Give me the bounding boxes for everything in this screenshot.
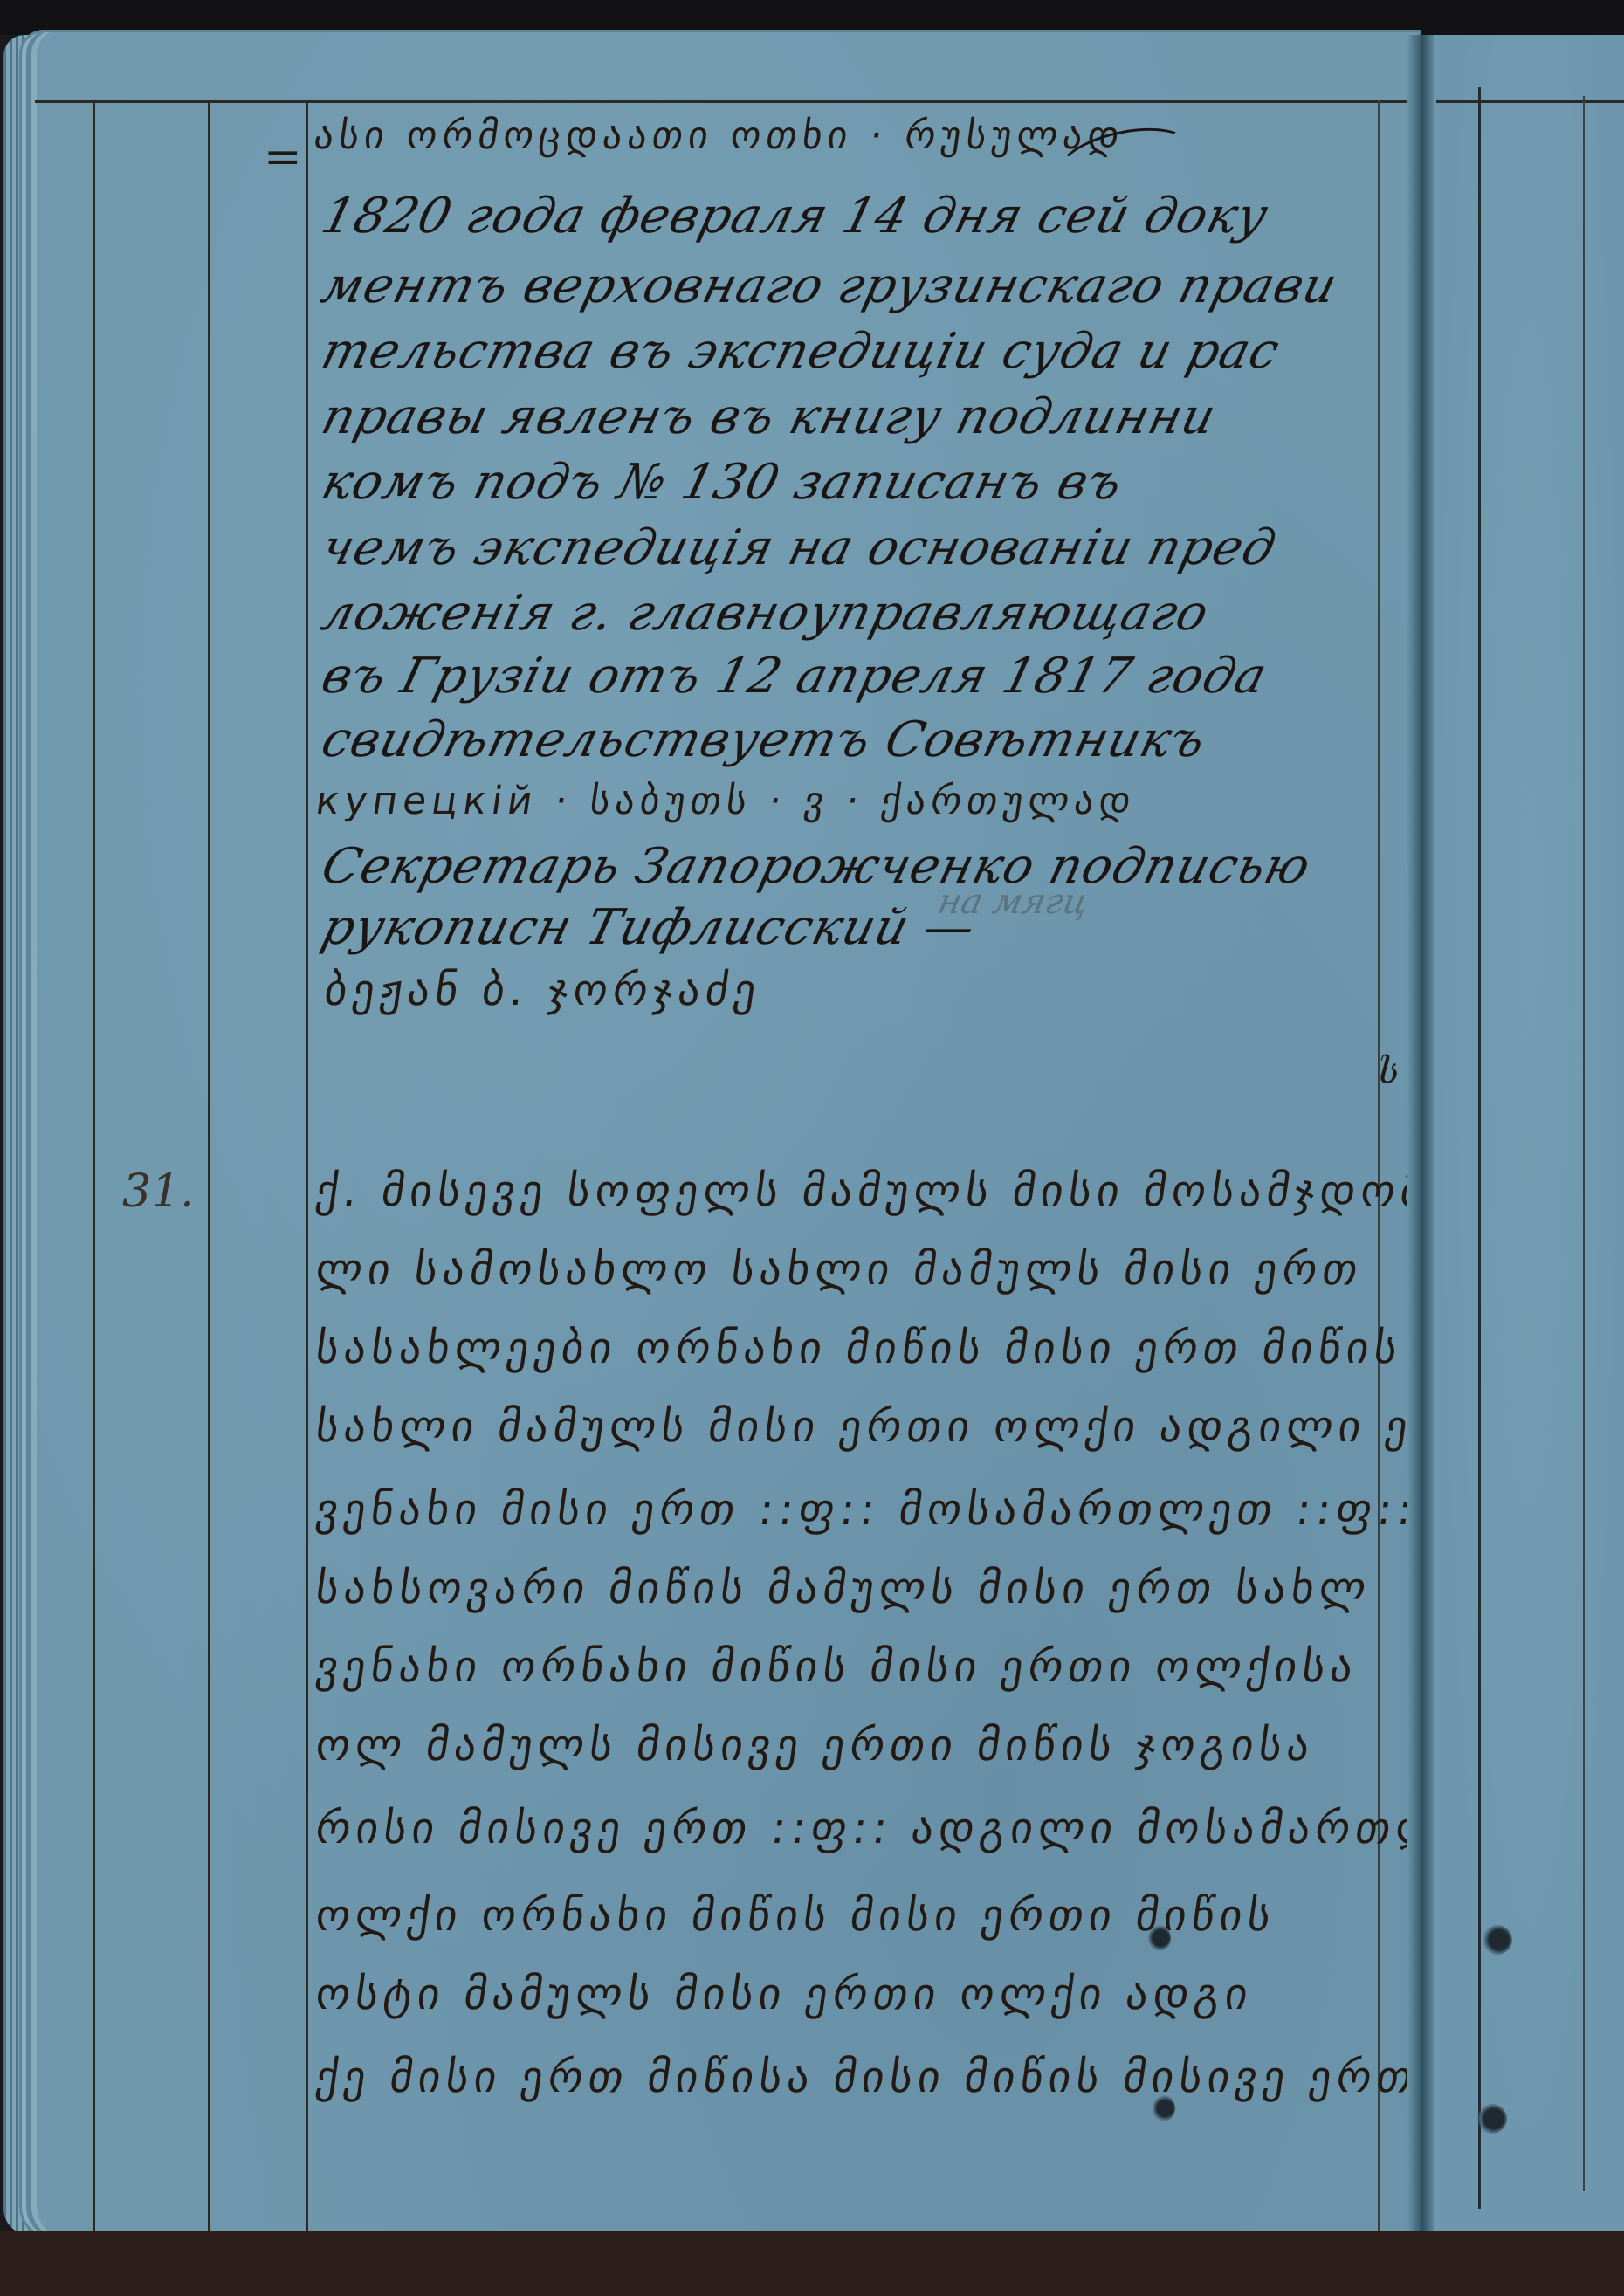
top-rule-line bbox=[35, 100, 1414, 103]
column-line-1 bbox=[93, 100, 95, 2235]
punch-hole-1 bbox=[1483, 1925, 1512, 1955]
georgian-line-12: ქე მისი ერთ მიწისა მისი მიწის მისივე ერთ bbox=[313, 2052, 1421, 2102]
russian-line-3: тельства въ экспедиціи суда и рас bbox=[316, 323, 1285, 380]
column-line-3 bbox=[306, 100, 308, 2235]
right-page bbox=[1434, 35, 1624, 2231]
russian-line-8: въ Грузіи отъ 12 апреля 1817 года bbox=[316, 648, 1273, 705]
russian-line-1: 1820 года февраля 14 дня сей доку bbox=[316, 188, 1274, 244]
right-page-top-rule bbox=[1436, 100, 1624, 103]
column-marker: = bbox=[264, 131, 302, 183]
georgian-line-8: ოლ მამულს მისივე ერთი მიწის ჯოგისა bbox=[313, 1720, 1318, 1770]
georgian-line-3: სასახლეები ორნახი მიწის მისი ერთ მიწის bbox=[313, 1323, 1406, 1373]
georgian-line-1: ქ. მისევე სოფელს მამულს მისი მოსამჯდომ bbox=[313, 1165, 1432, 1216]
georgian-line-10: ოლქი ორნახი მიწის მისი ერთი მიწის bbox=[313, 1890, 1279, 1941]
georgian-line-11: ოსტი მამულს მისი ერთი ოლქი ადგი bbox=[313, 1969, 1256, 2019]
russian-line-9: свидѣтельствуетъ Совѣтникъ bbox=[316, 711, 1212, 768]
book-gutter bbox=[1407, 35, 1434, 2235]
signature-georgian: ბეჟან ბ. ჯორჯაძე bbox=[321, 965, 765, 1015]
ink-blot bbox=[1153, 2095, 1175, 2121]
right-page-stray-mark: ს bbox=[1378, 1052, 1399, 1092]
georgian-line-4: სახლი მამულს მისი ერთი ოლქი ადგილი ერთ bbox=[313, 1401, 1497, 1452]
russian-line-4: правы явленъ въ книгу подлинни bbox=[316, 388, 1222, 445]
georgian-line-6: სახსოვარი მიწის მამულს მისი ერთ სახლ bbox=[313, 1563, 1374, 1613]
dark-background-bottom bbox=[0, 2231, 1624, 2296]
georgian-line-7: ვენახი ორნახი მიწის მისი ერთი ოლქისა bbox=[313, 1641, 1361, 1692]
russian-line-11: рукописн Тифлисский — bbox=[316, 899, 981, 956]
russian-line-7: ложенія г. главноуправляющаго bbox=[316, 585, 1215, 642]
russian-line-5: комъ подъ № 130 записанъ въ bbox=[316, 454, 1129, 511]
pencil-annotation: на мягц bbox=[934, 882, 1091, 922]
margin-entry-number: 31. bbox=[122, 1165, 195, 1218]
punch-hole-2 bbox=[1477, 2104, 1507, 2134]
column-line-2 bbox=[208, 100, 210, 2235]
right-page-column-line-2 bbox=[1583, 96, 1585, 2191]
russian-line-2: ментъ верховнаго грузинскаго прави bbox=[316, 258, 1344, 314]
russian-line-6: чемъ экспедиція на основаніи пред bbox=[316, 519, 1282, 576]
right-page-column-line-1 bbox=[1478, 87, 1481, 2209]
entry-header-georgian: ასი ორმოცდაათი ოთხი · რუსულად bbox=[311, 113, 1127, 158]
mixed-line: купецкій · საბუთს · ვ · ქართულად bbox=[313, 779, 1139, 823]
georgian-line-2: ლი სამოსახლო სახლი მამულს მისი ერთ bbox=[313, 1244, 1366, 1295]
russian-line-10: Секретарь Запорожченко подписью bbox=[316, 838, 1317, 895]
ink-blot bbox=[1148, 1925, 1171, 1951]
